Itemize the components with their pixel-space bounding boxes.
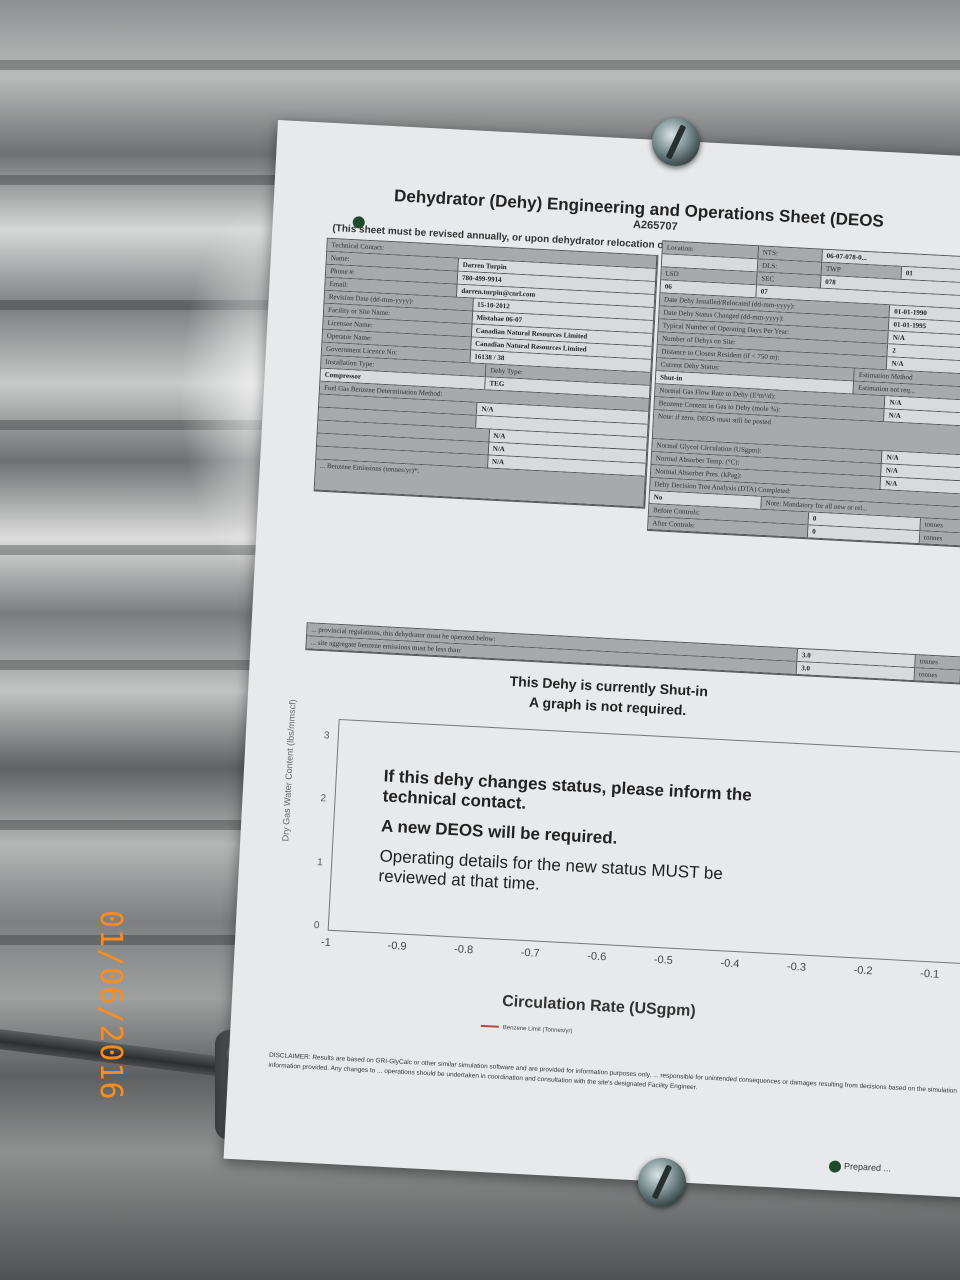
camera-date-stamp: 01/06/2016 [93,910,128,1101]
mounting-bolt [638,1158,686,1206]
y-axis-label: Dry Gas Water Content (lbs/mmscf) [280,699,297,842]
after-unit: tonnes [920,531,960,545]
y-tick: 1 [317,857,323,868]
x-tick: -0.7 [520,947,540,960]
y-tick: 2 [320,793,326,804]
x-tick: -0.4 [720,957,740,970]
chart-plot-area [328,719,960,964]
prepared-by: Prepared ... [844,1161,891,1173]
disclaimer: DISCLAIMER: Results are based on GRI-Gly… [268,1051,958,1107]
chart-legend: Benzene Limit (Tonnes/yr) [481,1024,573,1035]
x-tick: -0.2 [853,964,873,977]
limit1-unit: tonnes [915,655,960,669]
cladding-stripe [0,60,960,70]
x-axis-ticks [278,120,960,160]
legend-label: Benzene Limit (Tonnes/yr) [503,1025,573,1035]
x-axis-label: Circulation Rate (USgpm) [502,993,696,1021]
limit2-unit: tonnes [915,668,960,682]
x-tick: -1 [321,936,331,948]
y-tick: 3 [324,730,330,741]
x-tick: -0.5 [654,954,674,967]
mounting-bolt [652,118,700,166]
x-tick: -0.9 [387,940,407,953]
x-tick: -0.3 [787,961,807,974]
x-tick: -0.1 [920,968,940,981]
footer-logo-dot [829,1160,842,1173]
x-tick: -0.6 [587,950,607,963]
y-tick: 0 [314,920,320,931]
deos-sheet: Dehydrator (Dehy) Engineering and Operat… [224,120,960,1198]
y-axis-ticks [278,120,960,160]
legend-line-icon [481,1025,499,1028]
sheet-id: A265707 [633,219,678,233]
x-tick: -0.8 [454,943,474,956]
